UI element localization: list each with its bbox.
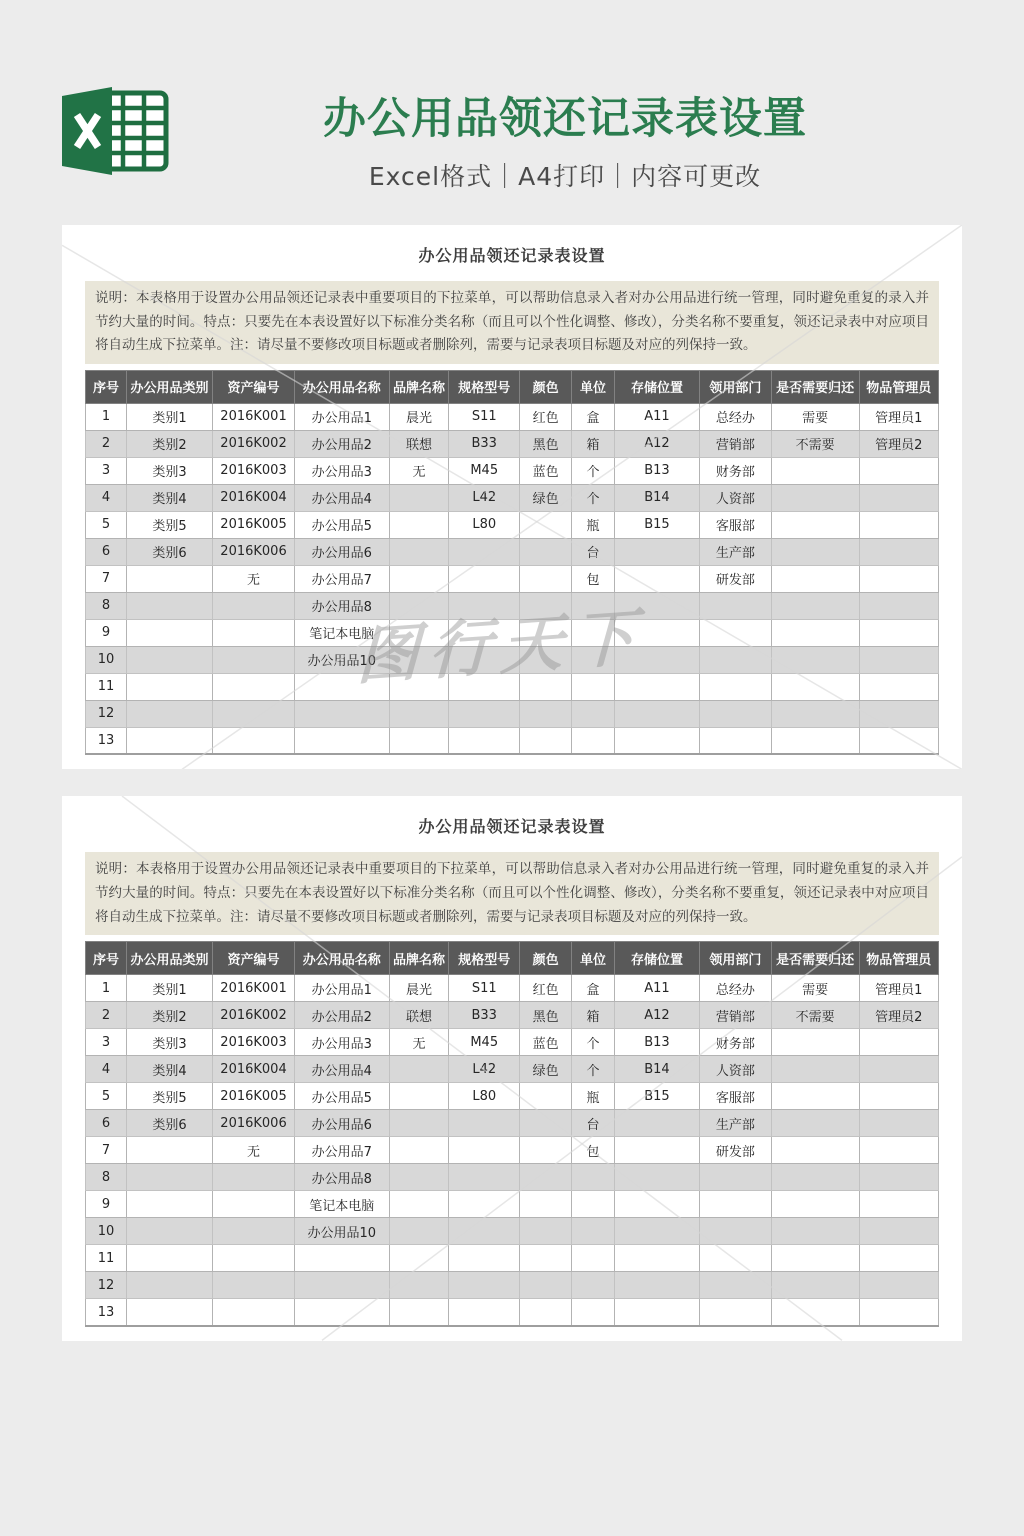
table-row: 11 bbox=[86, 673, 939, 700]
column-header: 物品管理员 bbox=[859, 370, 938, 403]
table-cell: 2016K004 bbox=[213, 484, 295, 511]
table-cell: 2016K002 bbox=[213, 1002, 295, 1029]
table-cell: 2016K001 bbox=[213, 975, 295, 1002]
table-cell: 6 bbox=[86, 538, 127, 565]
table-cell: 包 bbox=[572, 1137, 615, 1164]
table-cell bbox=[126, 1218, 212, 1245]
column-header: 办公用品类别 bbox=[126, 942, 212, 975]
table-cell bbox=[859, 1110, 938, 1137]
table-cell bbox=[771, 646, 859, 673]
table-cell: 管理员2 bbox=[859, 1002, 938, 1029]
table-cell: L42 bbox=[449, 1056, 520, 1083]
table-cell bbox=[700, 646, 772, 673]
table-cell bbox=[520, 565, 572, 592]
table-cell: 4 bbox=[86, 1056, 127, 1083]
table-cell bbox=[859, 592, 938, 619]
table-cell: 类别5 bbox=[126, 511, 212, 538]
table-row: 11 bbox=[86, 1245, 939, 1272]
table-cell: 8 bbox=[86, 592, 127, 619]
table-cell: 晨光 bbox=[389, 975, 449, 1002]
table-cell: 2016K003 bbox=[213, 457, 295, 484]
table-cell bbox=[520, 1299, 572, 1326]
table-cell: 11 bbox=[86, 673, 127, 700]
table-cell: 晨光 bbox=[389, 403, 449, 430]
table-cell: B14 bbox=[614, 484, 699, 511]
table-cell: 箱 bbox=[572, 1002, 615, 1029]
table-cell: L42 bbox=[449, 484, 520, 511]
table-cell: 人资部 bbox=[700, 484, 772, 511]
table-cell bbox=[859, 1272, 938, 1299]
table-row: 10办公用品10 bbox=[86, 1218, 939, 1245]
table-cell bbox=[859, 1137, 938, 1164]
table-cell: 营销部 bbox=[700, 430, 772, 457]
supplies-setup-table: 序号办公用品类别资产编号办公用品名称品牌名称规格型号颜色单位存储位置领用部门是否… bbox=[85, 370, 939, 756]
table-cell bbox=[520, 700, 572, 727]
table-cell: 研发部 bbox=[700, 1137, 772, 1164]
table-cell: 总经办 bbox=[700, 975, 772, 1002]
table-cell: 类别3 bbox=[126, 457, 212, 484]
table-cell bbox=[213, 592, 295, 619]
table-cell bbox=[859, 727, 938, 754]
table-cell bbox=[520, 511, 572, 538]
table-cell bbox=[520, 1164, 572, 1191]
table-cell bbox=[389, 1272, 449, 1299]
table-cell: 2 bbox=[86, 1002, 127, 1029]
table-cell bbox=[700, 1191, 772, 1218]
table-cell bbox=[520, 538, 572, 565]
table-cell bbox=[126, 700, 212, 727]
table-cell bbox=[213, 673, 295, 700]
table-cell: 办公用品4 bbox=[294, 1056, 389, 1083]
table-cell: 管理员1 bbox=[859, 975, 938, 1002]
table-cell bbox=[126, 592, 212, 619]
table-cell: 瓶 bbox=[572, 1083, 615, 1110]
page-title: 办公用品领还记录表设置 bbox=[106, 96, 1024, 143]
table-cell: 类别5 bbox=[126, 1083, 212, 1110]
table-cell: 2016K005 bbox=[213, 511, 295, 538]
table-cell: 绿色 bbox=[520, 484, 572, 511]
table-cell bbox=[213, 1191, 295, 1218]
table-cell: 8 bbox=[86, 1164, 127, 1191]
table-cell bbox=[520, 1083, 572, 1110]
table-cell bbox=[859, 484, 938, 511]
description-box: 说明：本表格用于设置办公用品领还记录表中重要项目的下拉菜单，可以帮助信息录入者对… bbox=[85, 852, 939, 935]
table-row: 2类别22016K002办公用品2联想B33黑色箱A12营销部不需要管理员2 bbox=[86, 430, 939, 457]
table-cell: B15 bbox=[614, 511, 699, 538]
table-cell: 个 bbox=[572, 457, 615, 484]
table-cell: 办公用品1 bbox=[294, 975, 389, 1002]
table-cell bbox=[449, 1218, 520, 1245]
table-cell: S11 bbox=[449, 975, 520, 1002]
column-header: 领用部门 bbox=[700, 942, 772, 975]
table-cell bbox=[771, 511, 859, 538]
header-row: 序号办公用品类别资产编号办公用品名称品牌名称规格型号颜色单位存储位置领用部门是否… bbox=[86, 942, 939, 975]
column-header: 序号 bbox=[86, 942, 127, 975]
table-cell: 客服部 bbox=[700, 1083, 772, 1110]
table-cell bbox=[859, 1056, 938, 1083]
table-cell: L80 bbox=[449, 1083, 520, 1110]
table-cell: 12 bbox=[86, 700, 127, 727]
table-cell: 10 bbox=[86, 1218, 127, 1245]
table-cell bbox=[859, 1218, 938, 1245]
table-cell bbox=[614, 1299, 699, 1326]
table-cell bbox=[213, 646, 295, 673]
table-cell bbox=[572, 1245, 615, 1272]
column-header: 是否需要归还 bbox=[771, 370, 859, 403]
table-cell bbox=[213, 1218, 295, 1245]
table-row: 6类别62016K006办公用品6台生产部 bbox=[86, 538, 939, 565]
table-cell bbox=[771, 1083, 859, 1110]
table-cell bbox=[520, 646, 572, 673]
table-row: 9笔记本电脑 bbox=[86, 1191, 939, 1218]
table-cell bbox=[389, 1299, 449, 1326]
table-cell bbox=[614, 673, 699, 700]
table-cell: 办公用品1 bbox=[294, 403, 389, 430]
table-cell: 办公用品8 bbox=[294, 1164, 389, 1191]
preview-panel-1: 办公用品领还记录表设置 说明：本表格用于设置办公用品领还记录表中重要项目的下拉菜… bbox=[62, 225, 962, 769]
table-cell bbox=[859, 1083, 938, 1110]
column-header: 办公用品名称 bbox=[294, 942, 389, 975]
table-cell bbox=[294, 727, 389, 754]
page-subtitle: Excel格式｜A4打印｜内容可更改 bbox=[106, 157, 1024, 193]
table-cell bbox=[126, 727, 212, 754]
table-cell bbox=[449, 565, 520, 592]
table-cell bbox=[771, 727, 859, 754]
table-cell: 2016K001 bbox=[213, 403, 295, 430]
description-box: 说明：本表格用于设置办公用品领还记录表中重要项目的下拉菜单，可以帮助信息录入者对… bbox=[85, 281, 939, 364]
table-cell: 6 bbox=[86, 1110, 127, 1137]
table-cell bbox=[859, 1299, 938, 1326]
table-cell bbox=[614, 727, 699, 754]
table-cell: 2016K002 bbox=[213, 430, 295, 457]
table-cell bbox=[126, 1299, 212, 1326]
table-cell bbox=[771, 1299, 859, 1326]
column-header: 存储位置 bbox=[614, 942, 699, 975]
table-cell bbox=[614, 1245, 699, 1272]
table-cell bbox=[771, 700, 859, 727]
table-row: 12 bbox=[86, 1272, 939, 1299]
panel-title: 办公用品领还记录表设置 bbox=[85, 814, 939, 837]
table-cell bbox=[520, 673, 572, 700]
table-cell bbox=[859, 646, 938, 673]
table-cell bbox=[520, 727, 572, 754]
table-cell: 类别3 bbox=[126, 1029, 212, 1056]
table-cell: 无 bbox=[389, 1029, 449, 1056]
table-cell bbox=[771, 673, 859, 700]
table-cell: 13 bbox=[86, 1299, 127, 1326]
table-cell: 办公用品3 bbox=[294, 1029, 389, 1056]
table-cell: 办公用品7 bbox=[294, 565, 389, 592]
table-cell: 7 bbox=[86, 565, 127, 592]
table-cell bbox=[859, 619, 938, 646]
table-cell bbox=[572, 673, 615, 700]
table-row: 7无办公用品7包研发部 bbox=[86, 565, 939, 592]
column-header: 领用部门 bbox=[700, 370, 772, 403]
table-cell: 办公用品5 bbox=[294, 511, 389, 538]
table-cell bbox=[520, 1218, 572, 1245]
column-header: 品牌名称 bbox=[389, 370, 449, 403]
table-cell: 类别4 bbox=[126, 1056, 212, 1083]
table-cell bbox=[614, 1218, 699, 1245]
table-row: 3类别32016K003办公用品3无M45蓝色个B13财务部 bbox=[86, 457, 939, 484]
table-cell: 办公用品10 bbox=[294, 646, 389, 673]
table-cell: M45 bbox=[449, 1029, 520, 1056]
table-cell: 9 bbox=[86, 619, 127, 646]
table-cell bbox=[572, 646, 615, 673]
table-row: 9笔记本电脑 bbox=[86, 619, 939, 646]
table-cell: B33 bbox=[449, 1002, 520, 1029]
table-cell: 办公用品8 bbox=[294, 592, 389, 619]
table-cell bbox=[771, 1137, 859, 1164]
table-cell bbox=[520, 592, 572, 619]
table-row: 13 bbox=[86, 1299, 939, 1326]
table-cell bbox=[572, 1191, 615, 1218]
table-cell bbox=[389, 1191, 449, 1218]
table-cell bbox=[859, 538, 938, 565]
table-cell: A12 bbox=[614, 1002, 699, 1029]
table-cell: 绿色 bbox=[520, 1056, 572, 1083]
table-cell: 类别6 bbox=[126, 538, 212, 565]
table-cell bbox=[294, 700, 389, 727]
table-cell bbox=[614, 1272, 699, 1299]
table-cell: 3 bbox=[86, 457, 127, 484]
table-cell: 办公用品7 bbox=[294, 1137, 389, 1164]
panel-title: 办公用品领还记录表设置 bbox=[85, 243, 939, 266]
table-cell bbox=[449, 1272, 520, 1299]
table-row: 8办公用品8 bbox=[86, 592, 939, 619]
table-cell: 箱 bbox=[572, 430, 615, 457]
table-cell bbox=[126, 1272, 212, 1299]
table-cell: 营销部 bbox=[700, 1002, 772, 1029]
table-cell bbox=[389, 727, 449, 754]
table-cell bbox=[859, 673, 938, 700]
table-cell bbox=[771, 1218, 859, 1245]
table-row: 8办公用品8 bbox=[86, 1164, 939, 1191]
table-cell: B13 bbox=[614, 457, 699, 484]
table-cell: 类别4 bbox=[126, 484, 212, 511]
table-cell bbox=[771, 565, 859, 592]
table-cell: 办公用品10 bbox=[294, 1218, 389, 1245]
table-cell: 13 bbox=[86, 727, 127, 754]
table-cell: M45 bbox=[449, 457, 520, 484]
table-cell: 办公用品6 bbox=[294, 1110, 389, 1137]
table-cell bbox=[771, 457, 859, 484]
table-cell bbox=[700, 727, 772, 754]
table-cell bbox=[389, 484, 449, 511]
table-cell: 黑色 bbox=[520, 430, 572, 457]
table-row: 2类别22016K002办公用品2联想B33黑色箱A12营销部不需要管理员2 bbox=[86, 1002, 939, 1029]
table-cell: 2016K005 bbox=[213, 1083, 295, 1110]
column-header: 资产编号 bbox=[213, 370, 295, 403]
table-cell: 不需要 bbox=[771, 1002, 859, 1029]
table-cell bbox=[449, 1110, 520, 1137]
column-header: 资产编号 bbox=[213, 942, 295, 975]
table-cell bbox=[213, 1299, 295, 1326]
table-cell bbox=[614, 646, 699, 673]
excel-icon bbox=[62, 85, 170, 177]
table-cell bbox=[449, 673, 520, 700]
table-cell bbox=[771, 592, 859, 619]
table-cell: 办公用品4 bbox=[294, 484, 389, 511]
table-cell bbox=[449, 727, 520, 754]
table-cell: 2016K006 bbox=[213, 1110, 295, 1137]
table-cell bbox=[771, 1110, 859, 1137]
table-cell bbox=[126, 1191, 212, 1218]
table-cell: 10 bbox=[86, 646, 127, 673]
table-cell: 办公用品2 bbox=[294, 1002, 389, 1029]
table-row: 3类别32016K003办公用品3无M45蓝色个B13财务部 bbox=[86, 1029, 939, 1056]
column-header: 规格型号 bbox=[449, 370, 520, 403]
table-cell bbox=[572, 592, 615, 619]
table-cell bbox=[389, 1137, 449, 1164]
table-cell: 11 bbox=[86, 1245, 127, 1272]
table-cell: 红色 bbox=[520, 975, 572, 1002]
table-cell bbox=[213, 1164, 295, 1191]
table-cell: B33 bbox=[449, 430, 520, 457]
table-row: 13 bbox=[86, 727, 939, 754]
table-cell bbox=[389, 646, 449, 673]
table-cell bbox=[859, 1029, 938, 1056]
table-cell bbox=[572, 727, 615, 754]
table-cell bbox=[294, 1299, 389, 1326]
table-cell bbox=[614, 1164, 699, 1191]
column-header: 规格型号 bbox=[449, 942, 520, 975]
table-cell bbox=[614, 592, 699, 619]
table-cell bbox=[389, 700, 449, 727]
table-cell: 2016K004 bbox=[213, 1056, 295, 1083]
table-cell: 财务部 bbox=[700, 1029, 772, 1056]
table-cell: 不需要 bbox=[771, 430, 859, 457]
table-cell: B13 bbox=[614, 1029, 699, 1056]
table-cell: S11 bbox=[449, 403, 520, 430]
table-cell bbox=[389, 673, 449, 700]
table-cell: 盒 bbox=[572, 975, 615, 1002]
table-cell bbox=[520, 1110, 572, 1137]
table-cell: 个 bbox=[572, 1056, 615, 1083]
table-cell: 盒 bbox=[572, 403, 615, 430]
table-cell bbox=[700, 1272, 772, 1299]
table-cell bbox=[294, 673, 389, 700]
table-cell bbox=[389, 1218, 449, 1245]
table-cell bbox=[771, 1245, 859, 1272]
table-cell: 总经办 bbox=[700, 403, 772, 430]
table-cell bbox=[389, 1110, 449, 1137]
table-cell bbox=[213, 619, 295, 646]
table-cell: 12 bbox=[86, 1272, 127, 1299]
table-cell bbox=[520, 619, 572, 646]
table-cell bbox=[700, 592, 772, 619]
table-cell bbox=[572, 1299, 615, 1326]
table-cell bbox=[126, 565, 212, 592]
table-cell: 需要 bbox=[771, 975, 859, 1002]
column-header: 办公用品类别 bbox=[126, 370, 212, 403]
column-header: 颜色 bbox=[520, 942, 572, 975]
table-cell bbox=[389, 1083, 449, 1110]
table-cell: 办公用品2 bbox=[294, 430, 389, 457]
table-cell bbox=[449, 1245, 520, 1272]
table-cell bbox=[449, 1164, 520, 1191]
table-cell bbox=[389, 538, 449, 565]
table-row: 5类别52016K005办公用品5L80瓶B15客服部 bbox=[86, 1083, 939, 1110]
table-cell bbox=[389, 1056, 449, 1083]
table-cell bbox=[126, 673, 212, 700]
table-cell: 4 bbox=[86, 484, 127, 511]
table-cell bbox=[449, 1137, 520, 1164]
table-cell bbox=[700, 1164, 772, 1191]
table-cell bbox=[213, 727, 295, 754]
table-cell: 9 bbox=[86, 1191, 127, 1218]
table-cell: A11 bbox=[614, 403, 699, 430]
table-cell: 蓝色 bbox=[520, 457, 572, 484]
table-cell: 管理员2 bbox=[859, 430, 938, 457]
column-header: 单位 bbox=[572, 942, 615, 975]
table-cell bbox=[126, 1245, 212, 1272]
table-cell: 办公用品3 bbox=[294, 457, 389, 484]
table-cell: 台 bbox=[572, 1110, 615, 1137]
table-cell bbox=[449, 538, 520, 565]
table-cell: 2016K006 bbox=[213, 538, 295, 565]
table-cell: B15 bbox=[614, 1083, 699, 1110]
table-cell: 蓝色 bbox=[520, 1029, 572, 1056]
table-cell: 需要 bbox=[771, 403, 859, 430]
table-cell: 5 bbox=[86, 511, 127, 538]
table-cell: 生产部 bbox=[700, 538, 772, 565]
table-cell: 笔记本电脑 bbox=[294, 1191, 389, 1218]
table-cell bbox=[771, 484, 859, 511]
table-cell bbox=[213, 700, 295, 727]
table-cell bbox=[700, 700, 772, 727]
table-cell bbox=[389, 1164, 449, 1191]
column-header: 品牌名称 bbox=[389, 942, 449, 975]
table-cell: A12 bbox=[614, 430, 699, 457]
table-cell bbox=[389, 619, 449, 646]
table-cell bbox=[294, 1245, 389, 1272]
table-cell: 2016K003 bbox=[213, 1029, 295, 1056]
page-header: 办公用品领还记录表设置 Excel格式｜A4打印｜内容可更改 bbox=[0, 0, 1024, 225]
column-header: 办公用品名称 bbox=[294, 370, 389, 403]
table-cell bbox=[294, 1272, 389, 1299]
preview-panel-2: 办公用品领还记录表设置 说明：本表格用于设置办公用品领还记录表中重要项目的下拉菜… bbox=[62, 796, 962, 1340]
table-cell bbox=[520, 1245, 572, 1272]
table-cell: 1 bbox=[86, 403, 127, 430]
table-cell: 管理员1 bbox=[859, 403, 938, 430]
table-row: 6类别62016K006办公用品6台生产部 bbox=[86, 1110, 939, 1137]
table-cell bbox=[771, 1272, 859, 1299]
table-cell: 联想 bbox=[389, 1002, 449, 1029]
table-cell: L80 bbox=[449, 511, 520, 538]
table-cell: 类别2 bbox=[126, 430, 212, 457]
table-cell bbox=[389, 1245, 449, 1272]
table-cell: 瓶 bbox=[572, 511, 615, 538]
table-cell: 生产部 bbox=[700, 1110, 772, 1137]
table-row: 1类别12016K001办公用品1晨光S11红色盒A11总经办需要管理员1 bbox=[86, 403, 939, 430]
table-row: 4类别42016K004办公用品4L42绿色个B14人资部 bbox=[86, 484, 939, 511]
table-cell: 类别1 bbox=[126, 403, 212, 430]
table-row: 12 bbox=[86, 700, 939, 727]
table-cell: 研发部 bbox=[700, 565, 772, 592]
table-row: 1类别12016K001办公用品1晨光S11红色盒A11总经办需要管理员1 bbox=[86, 975, 939, 1002]
table-cell: 3 bbox=[86, 1029, 127, 1056]
table-cell bbox=[614, 619, 699, 646]
table-cell: 财务部 bbox=[700, 457, 772, 484]
table-cell bbox=[771, 1056, 859, 1083]
table-cell: 人资部 bbox=[700, 1056, 772, 1083]
table-cell bbox=[213, 1245, 295, 1272]
table-cell bbox=[449, 1299, 520, 1326]
table-cell bbox=[126, 1137, 212, 1164]
table-cell: 笔记本电脑 bbox=[294, 619, 389, 646]
table-cell bbox=[614, 1137, 699, 1164]
